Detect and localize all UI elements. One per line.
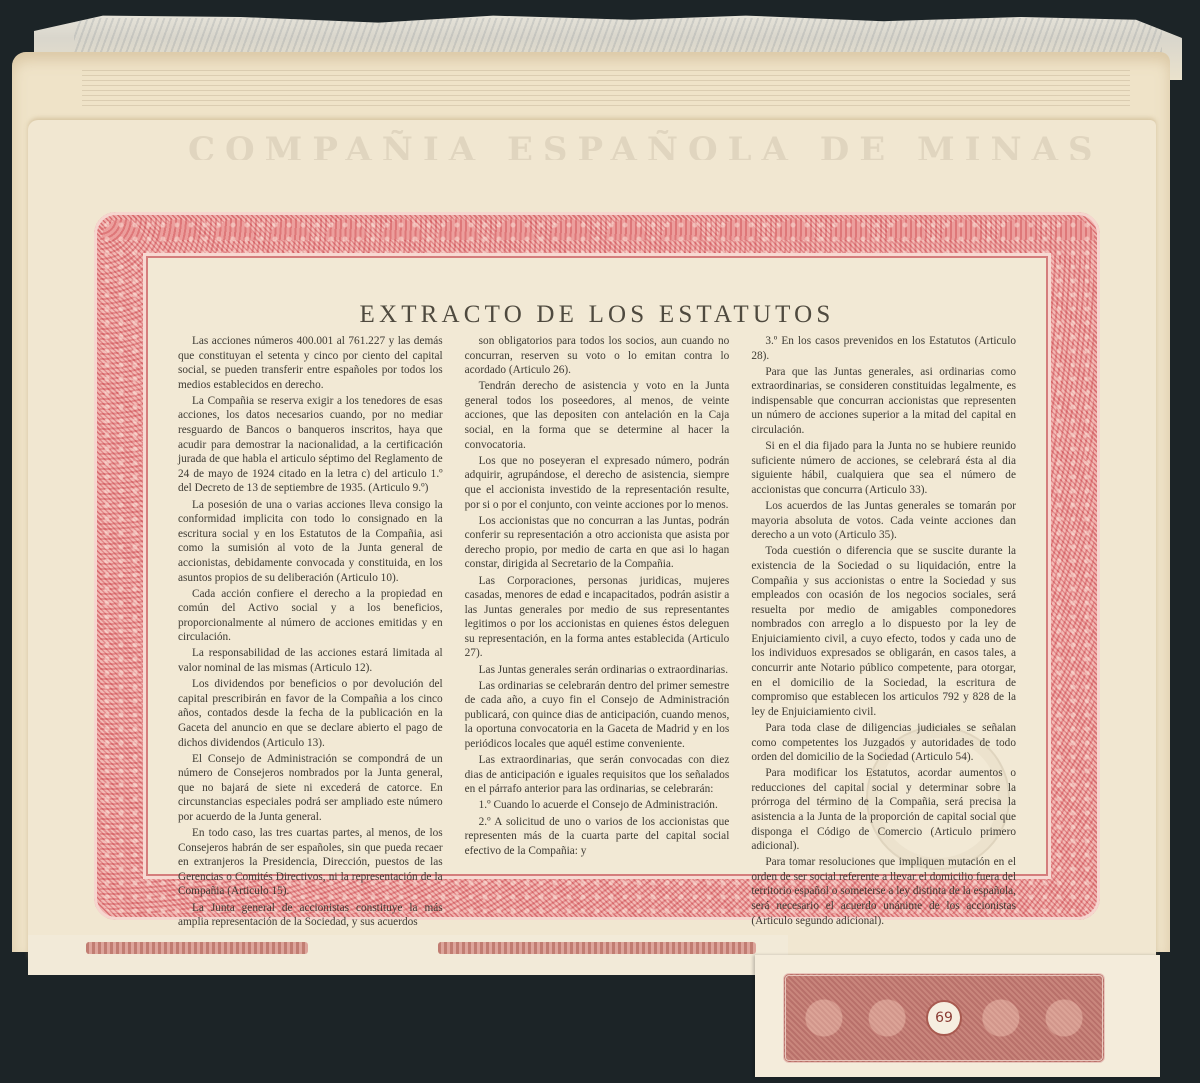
statute-paragraph: Toda cuestión o diferencia que se suscit… xyxy=(751,544,1016,719)
ornamental-border: EXTRACTO DE LOS ESTATUTOS Las acciones n… xyxy=(94,212,1100,920)
document-title: EXTRACTO DE LOS ESTATUTOS xyxy=(148,301,1046,329)
statute-paragraph: Para tomar resoluciones que impliquen mu… xyxy=(751,855,1016,928)
coupon-band-left xyxy=(86,942,308,954)
statute-paragraph: Cada acción confiere el derecho a la pro… xyxy=(178,587,443,645)
statute-paragraph: Para modificar los Estatutos, acordar au… xyxy=(751,766,1016,854)
statute-paragraph: La responsabilidad de las acciones estar… xyxy=(178,646,443,675)
lower-sheet-strip xyxy=(28,935,788,975)
statute-paragraph: En todo caso, las tres cuartas partes, a… xyxy=(178,826,443,899)
statute-paragraph: Las Juntas generales serán ordinarias o … xyxy=(465,663,730,678)
statute-paragraph: 1.º Cuando lo acuerde el Consejo de Admi… xyxy=(465,798,730,813)
coupon-number-badge: 69 xyxy=(926,1000,962,1036)
column-3: 3.º En los casos prevenidos en los Estat… xyxy=(751,334,1016,930)
statute-paragraph: Los dividendos por beneficios o por devo… xyxy=(178,677,443,750)
statute-paragraph: Los acuerdos de las Juntas generales se … xyxy=(751,499,1016,543)
coupon-stub: 69 xyxy=(755,955,1160,1077)
statute-paragraph: Las extraordinarias, que serán convocada… xyxy=(465,753,730,797)
statute-paragraph: Las ordinarias se celebrarán dentro del … xyxy=(465,679,730,752)
statute-paragraph: La posesión de una o varias acciones lle… xyxy=(178,498,443,586)
statute-paragraph: Si en el dia fijado para la Junta no se … xyxy=(751,439,1016,497)
statute-paragraph: 2.º A solicitud de uno o varios de los a… xyxy=(465,815,730,859)
statute-paragraph: Los accionistas que no concurran a las J… xyxy=(465,514,730,572)
statute-paragraph: Las acciones números 400.001 al 761.227 … xyxy=(178,334,443,392)
coupon-ornament-band: 69 xyxy=(783,973,1105,1063)
statute-paragraph: El Consejo de Administración se compondr… xyxy=(178,752,443,825)
statute-paragraph: La Junta general de accionistas constitu… xyxy=(178,901,443,930)
statute-paragraph: Las Corporaciones, personas juridicas, m… xyxy=(465,574,730,662)
column-2: son obligatorios para todos los socios, … xyxy=(465,334,730,930)
statute-paragraph: La Compañia se reserva exigir a los tene… xyxy=(178,394,443,496)
statute-paragraph: Para toda clase de diligencias judiciale… xyxy=(751,721,1016,765)
statute-paragraph: 3.º En los casos prevenidos en los Estat… xyxy=(751,334,1016,363)
coupon-band-middle xyxy=(438,942,756,954)
text-panel: EXTRACTO DE LOS ESTATUTOS Las acciones n… xyxy=(146,256,1048,876)
show-through-title: COMPAÑIA ESPAÑOLA DE MINAS xyxy=(188,130,1096,160)
statute-paragraph: son obligatorios para todos los socios, … xyxy=(465,334,730,378)
statute-paragraph: Tendrán derecho de asistencia y voto en … xyxy=(465,379,730,452)
statute-paragraph: Los que no poseyeran el expresado número… xyxy=(465,454,730,512)
show-through-print xyxy=(82,70,1130,110)
statute-paragraph: Para que las Juntas generales, asi ordin… xyxy=(751,365,1016,438)
statutes-columns: Las acciones números 400.001 al 761.227 … xyxy=(178,334,1016,864)
column-1: Las acciones números 400.001 al 761.227 … xyxy=(178,334,443,930)
